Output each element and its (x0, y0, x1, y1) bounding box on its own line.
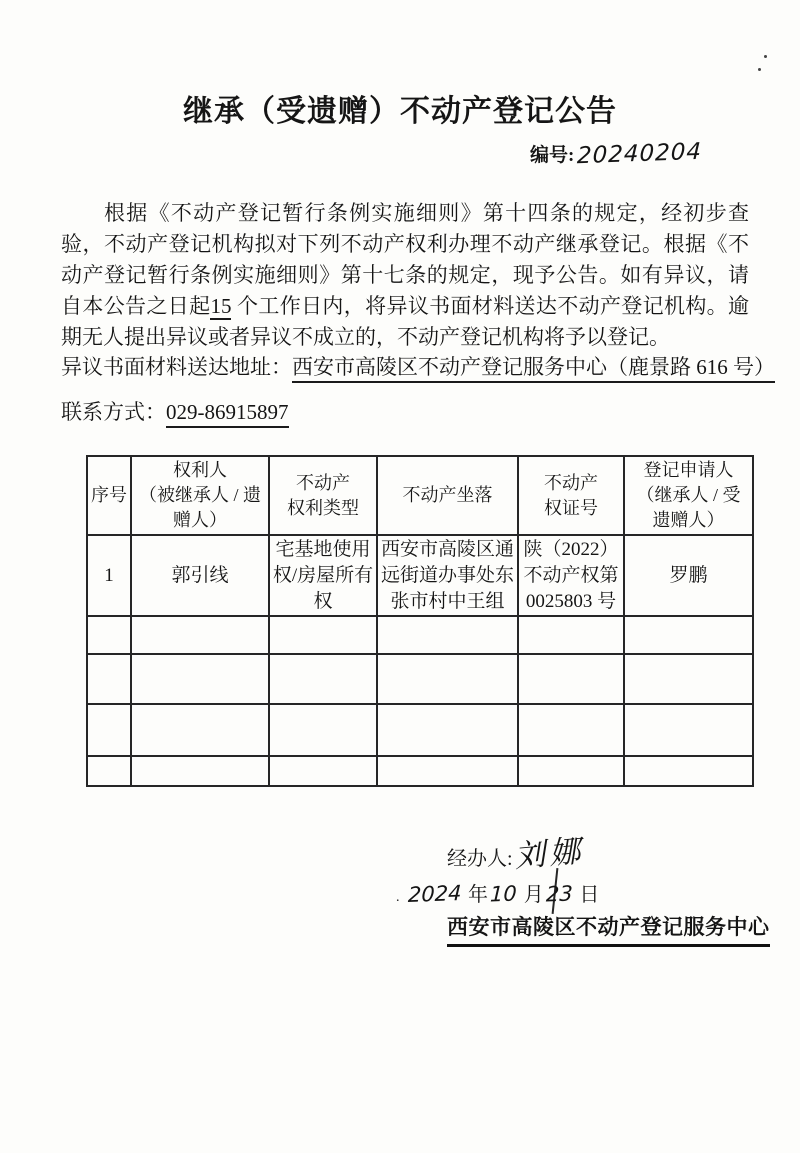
empty-cell (87, 756, 131, 786)
date-day-unit: 日 (579, 884, 599, 906)
cell-right-type: 宅基地使用 权/房屋所有 权 (269, 535, 377, 616)
table-row: 1 郭引线 宅基地使用 权/房屋所有 权 西安市高陵区通 远街道办事处东 张市村… (87, 535, 753, 616)
empty-cell (269, 756, 377, 786)
notice-paragraph: 根据《不动产登记暂行条例实施细则》第十四条的规定，经初步查验，不动产登记机构拟对… (61, 198, 749, 353)
empty-cell (624, 756, 753, 786)
date-month-unit: 月 (524, 884, 544, 906)
cell-cert-no: 陕（2022） 不动产权第 0025803 号 (518, 535, 624, 616)
document-page: 继承（受遗赠）不动产登记公告 编号:20240204 根据《不动产登记暂行条例实… (0, 0, 800, 1153)
scan-speck (764, 55, 767, 58)
doc-number-value: 20240204 (577, 139, 703, 169)
header-applicant: 登记申请人 （继承人 / 受 遗赠人） (624, 456, 753, 535)
contact-line: 联系方式：029-86915897 (61, 397, 289, 427)
empty-cell (269, 704, 377, 756)
empty-cell (377, 704, 518, 756)
cell-applicant: 罗鹏 (624, 535, 753, 616)
empty-table-row (87, 654, 753, 704)
empty-cell (518, 756, 624, 786)
date-year: 2024 (407, 881, 461, 907)
empty-cell (377, 654, 518, 704)
empty-cell (624, 704, 753, 756)
empty-cell (624, 654, 753, 704)
operator-signature: 刘娜 (512, 825, 586, 876)
empty-cell (377, 756, 518, 786)
cell-location: 西安市高陵区通 远街道办事处东 张市村中王组 (377, 535, 518, 616)
page-title: 继承（受遗赠）不动产登记公告 (0, 86, 800, 130)
scan-speck (758, 68, 761, 71)
address-value: 西安市高陵区不动产登记服务中心（鹿景路 616 号） (292, 355, 775, 383)
registry-org-name: 西安市高陵区不动产登记服务中心 (447, 911, 770, 947)
address-label: 异议书面材料送达地址： (61, 355, 292, 379)
empty-cell (87, 704, 131, 756)
empty-cell (269, 616, 377, 654)
contact-label: 联系方式： (61, 400, 166, 424)
empty-cell (624, 616, 753, 654)
cell-right-holder: 郭引线 (131, 535, 269, 616)
date-month: 10 (490, 882, 518, 907)
date-line: .2024 年10 月23 日 (396, 878, 599, 907)
empty-cell (518, 704, 624, 756)
empty-table-row (87, 704, 753, 756)
address-line: 异议书面材料送达地址：西安市高陵区不动产登记服务中心（鹿景路 616 号） (61, 352, 775, 382)
cell-seq: 1 (87, 535, 131, 616)
empty-cell (518, 654, 624, 704)
empty-cell (131, 704, 269, 756)
header-cert-no: 不动产 权证号 (518, 456, 624, 535)
date-year-unit: 年 (468, 884, 488, 906)
header-right-holder: 权利人 （被继承人 / 遗 赠人） (131, 456, 269, 535)
empty-cell (131, 616, 269, 654)
scan-dot: . (396, 890, 400, 905)
doc-number: 编号:20240204 (530, 140, 702, 167)
contact-value: 029-86915897 (166, 400, 289, 428)
header-seq: 序号 (87, 456, 131, 535)
registry-table: 序号 权利人 （被继承人 / 遗 赠人） 不动产 权利类型 不动产坐落 不动产 … (86, 455, 754, 787)
empty-table-row (87, 616, 753, 654)
header-right-type: 不动产 权利类型 (269, 456, 377, 535)
empty-cell (269, 654, 377, 704)
empty-cell (87, 616, 131, 654)
empty-cell (87, 654, 131, 704)
empty-table-row (87, 756, 753, 786)
empty-cell (518, 616, 624, 654)
doc-number-label: 编号: (530, 145, 574, 166)
notice-days-underlined: 15 (210, 294, 231, 320)
header-location: 不动产坐落 (377, 456, 518, 535)
table-header-row: 序号 权利人 （被继承人 / 遗 赠人） 不动产 权利类型 不动产坐落 不动产 … (87, 456, 753, 535)
date-day: 23 (545, 882, 573, 907)
operator-label: 经办人: (447, 842, 513, 871)
empty-cell (377, 616, 518, 654)
empty-cell (131, 654, 269, 704)
empty-cell (131, 756, 269, 786)
